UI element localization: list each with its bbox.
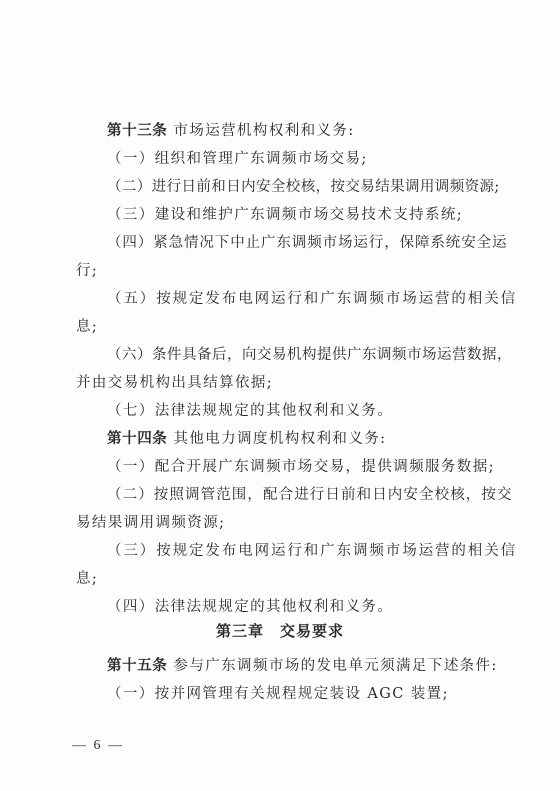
article-13-item-5: （五）按规定发布电网运行和广东调频市场运营的相关信 [76, 289, 491, 309]
document-page: 第十三条 市场运营机构权利和义务: （一）组织和管理广东调频市场交易; （二）进… [0, 0, 560, 791]
article-13-item-6-cont: 并由交易机构出具结算依据; [76, 373, 491, 393]
article-14-number: 第十四条 [107, 430, 167, 447]
article-13-item-4-cont: 行; [76, 261, 491, 281]
article-15-heading-line: 第十五条 参与广东调频市场的发电单元须满足下述条件: [76, 656, 491, 676]
article-13-title: 市场运营机构权利和义务: [173, 123, 354, 139]
article-13-heading-line: 第十三条 市场运营机构权利和义务: [76, 121, 491, 141]
article-14-item-2: （二）按照调管范围，配合进行日前和日内安全校核，按交 [76, 485, 491, 505]
article-13-item-4: （四）紧急情况下中止广东调频市场运行，保障系统安全运 [76, 233, 491, 253]
article-13-item-3: （三）建设和维护广东调频市场交易技术支持系统; [76, 205, 491, 225]
article-14-item-2-cont: 易结果调用调频资源; [76, 513, 491, 533]
chapter-title: 第三章 交易要求 [0, 621, 560, 641]
article-15-item-1: （一）按并网管理有关规程规定装设 AGC 装置; [76, 684, 491, 704]
article-13-item-7: （七）法律法规规定的其他权利和义务。 [76, 401, 491, 421]
article-14-heading-line: 第十四条 其他电力调度机构权利和义务: [76, 429, 491, 449]
article-14-item-3-cont: 息; [76, 569, 491, 589]
article-13-item-1: （一）组织和管理广东调频市场交易; [76, 149, 491, 169]
article-13-item-5-cont: 息; [76, 317, 491, 337]
page-number: — 6 — [72, 736, 124, 756]
article-13-item-2: （二）进行日前和日内安全校核，按交易结果调用调频资源; [76, 177, 491, 197]
article-14-title: 其他电力调度机构权利和义务: [173, 431, 386, 447]
article-14-item-1: （一）配合开展广东调频市场交易，提供调频服务数据; [76, 457, 491, 477]
article-14-item-3: （三）按规定发布电网运行和广东调频市场运营的相关信 [76, 541, 491, 561]
article-13-number: 第十三条 [107, 122, 167, 139]
article-15-number: 第十五条 [107, 657, 167, 674]
article-13-item-6: （六）条件具备后，向交易机构提供广东调频市场运营数据， [76, 345, 491, 365]
article-14-item-4: （四）法律法规规定的其他权利和义务。 [76, 597, 491, 617]
article-15-title: 参与广东调频市场的发电单元须满足下述条件: [173, 658, 497, 674]
